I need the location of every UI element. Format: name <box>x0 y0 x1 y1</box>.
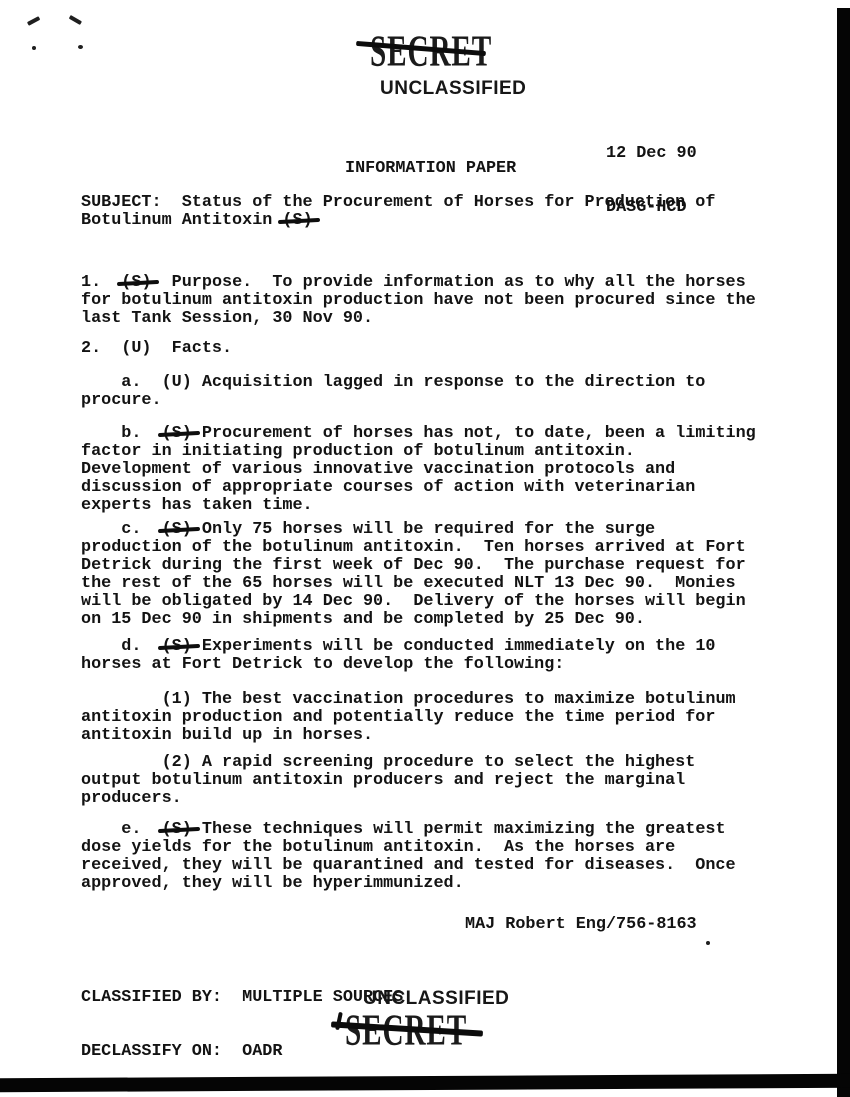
paragraph-2d-number: d. <box>81 637 162 656</box>
paragraph-2e-number: e. <box>81 820 162 839</box>
paragraph-2a: a. (U) Acquisition lagged in response to… <box>81 374 781 410</box>
classification-marker: (S) <box>282 212 312 230</box>
paragraph-2: 2. (U) Facts. <box>81 340 781 358</box>
action-officer-line: MAJ Robert Eng/756-8163 <box>465 916 765 934</box>
scanned-document-page: SECRET UNCLASSIFIED 12 Dec 90 DASG-HCD I… <box>0 0 850 1097</box>
paragraph-2d: d. (S) Experiments will be conducted imm… <box>81 638 781 674</box>
pencil-dot <box>32 46 36 50</box>
classification-marker: (S) <box>162 521 192 539</box>
pencil-mark <box>69 15 82 25</box>
subject-text: SUBJECT: Status of the Procurement of Ho… <box>81 193 715 230</box>
pencil-mark <box>27 16 40 25</box>
classification-marker: (S) <box>162 638 192 656</box>
paragraph-2d1: (1) The best vaccination procedures to m… <box>81 691 781 745</box>
scan-border-right <box>837 8 850 1097</box>
classification-marker: (S) <box>162 821 192 839</box>
paragraph-2b-number: b. <box>81 424 162 443</box>
paragraph-1-text: Purpose. To provide information as to wh… <box>81 273 756 328</box>
subject-line: SUBJECT: Status of the Procurement of Ho… <box>81 194 781 230</box>
classification-marker: (S) <box>121 274 151 292</box>
classification-marker: (S) <box>162 425 192 443</box>
paragraph-1-number: 1. <box>81 273 121 292</box>
paragraph-2e: e. (S) These techniques will permit maxi… <box>81 821 781 893</box>
date: 12 Dec 90 <box>606 145 806 163</box>
pencil-dot <box>78 45 83 49</box>
paragraph-1: 1. (S) Purpose. To provide information a… <box>81 274 781 328</box>
paragraph-2b: b. (S) Procurement of horses has not, to… <box>81 425 781 515</box>
date-block: 12 Dec 90 DASG-HCD <box>606 109 806 253</box>
unclassified-stamp-top: UNCLASSIFIED <box>380 79 526 99</box>
paragraph-2c-number: c. <box>81 520 162 539</box>
paragraph-2c: c. (S) Only 75 horses will be required f… <box>81 521 781 629</box>
paragraph-2d2: (2) A rapid screening procedure to selec… <box>81 754 781 808</box>
stray-dot <box>706 941 710 945</box>
document-title: INFORMATION PAPER <box>345 160 605 178</box>
